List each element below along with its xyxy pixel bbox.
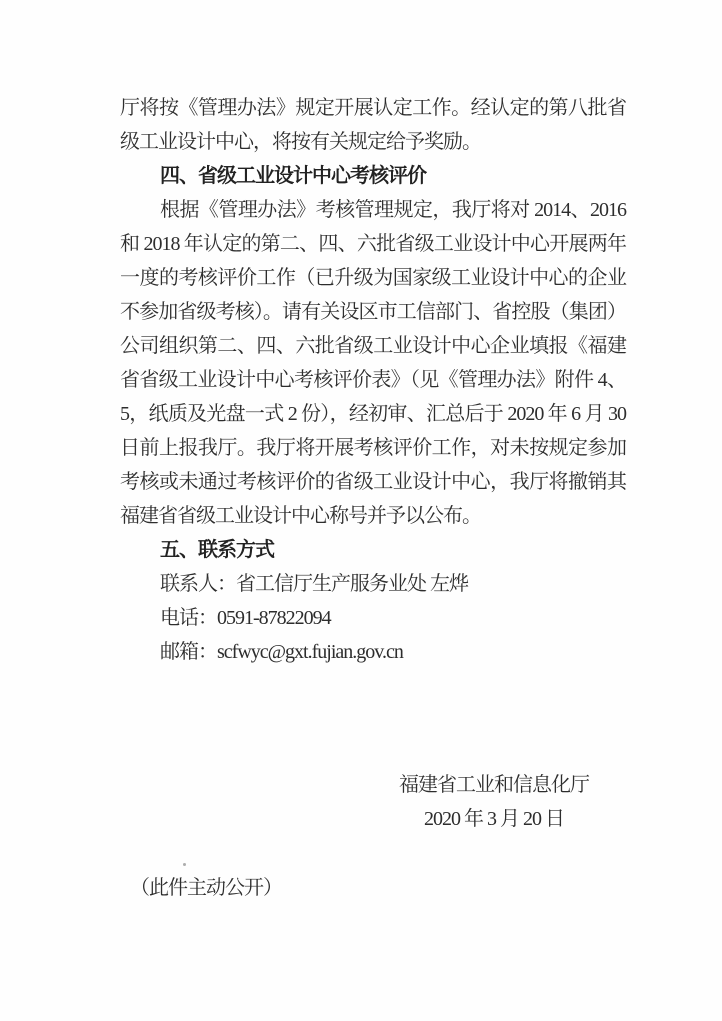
document-page: 厅将按《管理办法》规定开展认定工作。经认定的第八批省级工业设计中心，将按有关规定… bbox=[0, 0, 722, 1021]
issuer-name: 福建省工业和信息化厅 bbox=[396, 768, 592, 802]
section-four-heading: 四、省级工业设计中心考核评价 bbox=[120, 159, 626, 193]
section-five-heading: 五、联系方式 bbox=[120, 533, 626, 567]
issue-date: 2020 年 3 月 20 日 bbox=[396, 802, 592, 836]
contact-person-line: 联系人：省工信厅生产服务业处 左烨 bbox=[120, 567, 626, 601]
section-four-paragraph: 根据《管理办法》考核管理规定，我厅将对 2014、2016 和 2018 年认定… bbox=[120, 193, 626, 533]
continuation-paragraph: 厅将按《管理办法》规定开展认定工作。经认定的第八批省级工业设计中心，将按有关规定… bbox=[120, 91, 626, 159]
signature-block: 福建省工业和信息化厅 2020 年 3 月 20 日 bbox=[396, 768, 592, 836]
contact-phone-line: 电话：0591-87822094 bbox=[120, 601, 626, 635]
document-body: 厅将按《管理办法》规定开展认定工作。经认定的第八批省级工业设计中心，将按有关规定… bbox=[120, 91, 626, 669]
disclosure-note: （此件主动公开） bbox=[130, 871, 282, 905]
contact-email-line: 邮箱：scfwyc@gxt.fujian.gov.cn bbox=[120, 635, 626, 669]
scan-speck bbox=[183, 863, 186, 866]
